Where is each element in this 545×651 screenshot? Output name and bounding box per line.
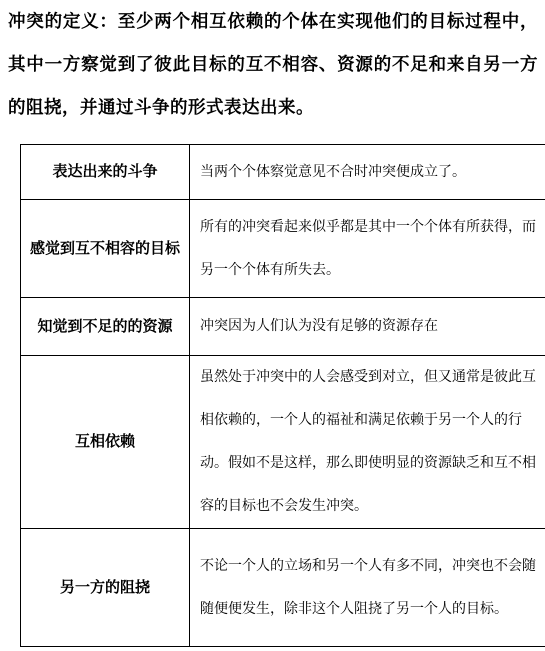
- table-row: 互相依赖 虽然处于冲突中的人会感受到对立，但又通常是彼此互相依赖的，一个人的福祉…: [21, 356, 545, 529]
- description-cell: 冲突因为人们认为没有足够的资源存在: [190, 298, 545, 356]
- table-row: 知觉到不足的的资源 冲突因为人们认为没有足够的资源存在: [21, 298, 545, 356]
- term-cell: 感觉到互不相容的目标: [21, 200, 190, 298]
- conflict-definition-paragraph: 冲突的定义：至少两个相互依赖的个体在实现他们的目标过程中，其中一方察觉到了彼此目…: [8, 0, 538, 129]
- table-row: 另一方的阻挠 不论一个人的立场和另一个人有多不同，冲突也不会随随便便发生，除非这…: [21, 529, 545, 647]
- table-row: 感觉到互不相容的目标 所有的冲突看起来似乎都是其中一个个体有所获得，而另一个个体…: [21, 200, 545, 298]
- term-cell: 表达出来的斗争: [21, 145, 190, 200]
- document-page: 冲突的定义：至少两个相互依赖的个体在实现他们的目标过程中，其中一方察觉到了彼此目…: [0, 0, 545, 651]
- description-cell: 当两个个体察觉意见不合时冲突便成立了。: [190, 145, 545, 200]
- term-cell: 互相依赖: [21, 356, 190, 529]
- term-cell: 另一方的阻挠: [21, 529, 190, 647]
- description-cell: 不论一个人的立场和另一个人有多不同，冲突也不会随随便便发生，除非这个人阻挠了另一…: [190, 529, 545, 647]
- table-row: 表达出来的斗争 当两个个体察觉意见不合时冲突便成立了。: [21, 145, 545, 200]
- conflict-elements-table: 表达出来的斗争 当两个个体察觉意见不合时冲突便成立了。 感觉到互不相容的目标 所…: [20, 144, 545, 647]
- description-cell: 所有的冲突看起来似乎都是其中一个个体有所获得，而另一个个体有所失去。: [190, 200, 545, 298]
- term-cell: 知觉到不足的的资源: [21, 298, 190, 356]
- description-cell: 虽然处于冲突中的人会感受到对立，但又通常是彼此互相依赖的，一个人的福祉和满足依赖…: [190, 356, 545, 529]
